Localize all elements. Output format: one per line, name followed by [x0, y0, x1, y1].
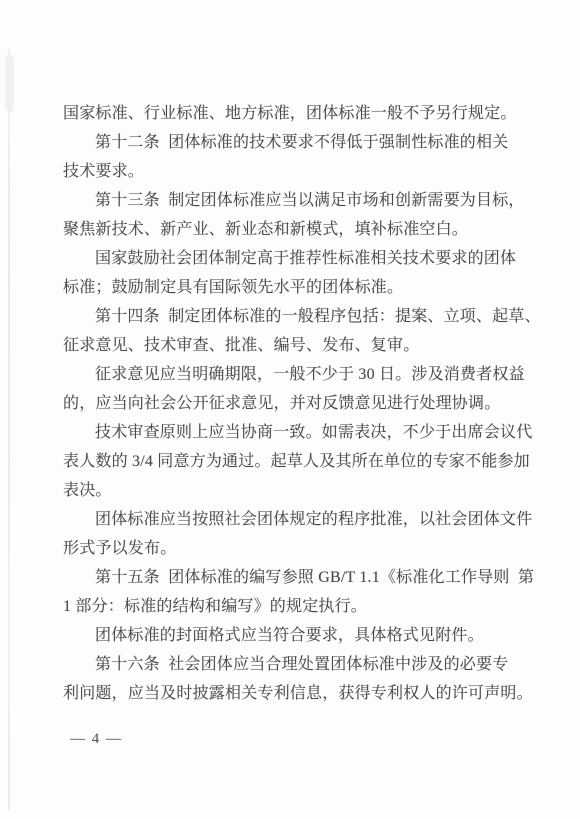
page-number: — 4 — [70, 729, 123, 749]
text-line: 技术要求。 [63, 157, 520, 186]
text-line: 第十六条 社会团体应当合理处置团体标准中涉及的必要专 [63, 650, 520, 679]
text-line: 第十四条 制定团体标准的一般程序包括：提案、立项、起草、 [63, 302, 520, 331]
text-line: 1 部分：标准的结构和编写》的规定执行。 [63, 592, 520, 621]
document-body: 国家标准、行业标准、地方标准，团体标准一般不予另行规定。第十二条 团体标准的技术… [63, 99, 520, 708]
text-line: 表决。 [63, 476, 520, 505]
text-line: 的，应当向社会公开征求意见，并对反馈意见进行处理协调。 [63, 389, 520, 418]
text-line: 征求意见应当明确期限，一般不少于 30 日。涉及消费者权益 [63, 360, 520, 389]
text-line: 标准；鼓励制定具有国际领先水平的团体标准。 [63, 273, 520, 302]
text-line: 利问题，应当及时披露相关专利信息，获得专利权人的许可声明。 [63, 679, 520, 708]
text-line: 征求意见、技术审查、批准、编号、发布、复审。 [63, 331, 520, 360]
text-line: 团体标准应当按照社会团体规定的程序批准，以社会团体文件 [63, 505, 520, 534]
text-line: 国家标准、行业标准、地方标准，团体标准一般不予另行规定。 [63, 99, 520, 128]
text-line: 第十三条 制定团体标准应当以满足市场和创新需要为目标， [63, 186, 520, 215]
text-line: 形式予以发布。 [63, 534, 520, 563]
scanned-document-page: 国家标准、行业标准、地方标准，团体标准一般不予另行规定。第十二条 团体标准的技术… [0, 0, 580, 819]
text-line: 团体标准的封面格式应当符合要求，具体格式见附件。 [63, 621, 520, 650]
text-line: 表人数的 3/4 同意方为通过。起草人及其所在单位的专家不能参加 [63, 447, 520, 476]
text-line: 聚焦新技术、新产业、新业态和新模式，填补标准空白。 [63, 215, 520, 244]
text-line: 第十五条 团体标准的编写参照 GB/T 1.1《标准化工作导则 第 [63, 563, 520, 592]
text-line: 国家鼓励社会团体制定高于推荐性标准相关技术要求的团体 [63, 244, 520, 273]
text-line: 技术审查原则上应当协商一致。如需表决，不少于出席会议代 [63, 418, 520, 447]
text-line: 第十二条 团体标准的技术要求不得低于强制性标准的相关 [63, 128, 520, 157]
scan-artifact-edge-line [8, 48, 10, 810]
